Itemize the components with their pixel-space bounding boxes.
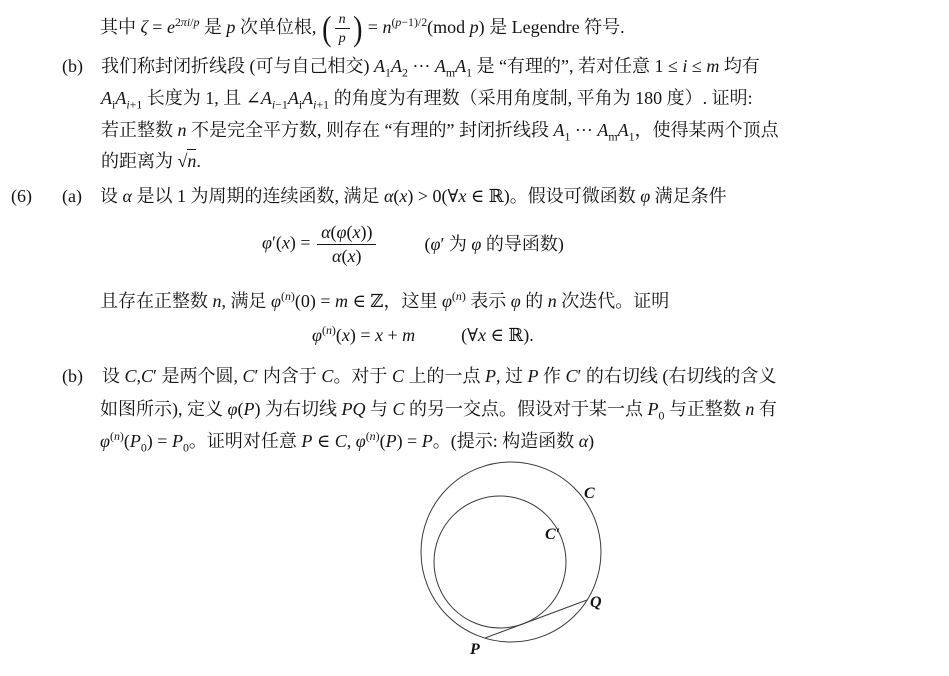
item-6a-intro-line: 设 α 是以 1 为周期的连续函数, 满足 α(x) > 0(∀x ∈ ℝ)。假… bbox=[100, 185, 727, 207]
legendre-intro-line: 其中 ζ = e2πi/p 是 p 次单位根, (np) = n(p−1)/2(… bbox=[100, 11, 625, 46]
item-6b-line-2: 如图所示), 定义 φ(P) 为右切线 PQ 与 C 的另一交点。假设对于某一点… bbox=[100, 398, 777, 420]
item-b1-line-3: 若正整数 n 不是完全平方数, 则存在 “有理的” 封闭折线段 A1 ··· A… bbox=[101, 119, 779, 141]
formula-iteration-equation: φ(n)(x) = x + m bbox=[312, 324, 415, 346]
item-6-label: (6) bbox=[11, 185, 32, 207]
outer-circle bbox=[421, 462, 601, 642]
legendre-symbol: (np) bbox=[321, 11, 363, 46]
formula-iteration: φ(n)(x) = x + m (∀x ∈ ℝ). bbox=[312, 324, 534, 346]
item-b1-line-2: AiAi+1 长度为 1, 且 ∠Ai−1AiAi+1 的角度为有理数（采用角度… bbox=[101, 87, 753, 109]
inner-circle-label: C′ bbox=[545, 526, 560, 543]
two-circles-figure: C C′ Q P bbox=[395, 450, 655, 676]
point-p-label: P bbox=[469, 641, 480, 658]
document-page: { "colors": { "background": "#ffffff", "… bbox=[0, 0, 949, 676]
item-b1-line-1: 我们称封闭折线段 (可与自己相交) A1A2 ··· AmA1 是 “有理的”,… bbox=[101, 55, 760, 77]
item-b1-line-4: 的距离为 √n. bbox=[101, 150, 201, 172]
point-q-label: Q bbox=[590, 594, 602, 611]
item-b1-label: (b) bbox=[62, 55, 83, 77]
item-6b-line-1: 设 C,C′ 是两个圆, C′ 内含于 C。对于 C 上的一点 P, 过 P 作… bbox=[102, 365, 776, 387]
inner-circle bbox=[434, 496, 566, 628]
formula-derivative-note: (φ′ 为 φ 的导函数) bbox=[424, 233, 563, 255]
item-6a-label: (a) bbox=[62, 185, 82, 207]
formula-iteration-domain: (∀x ∈ ℝ). bbox=[461, 324, 534, 346]
item-6b-label: (b) bbox=[62, 365, 83, 387]
formula-derivative-equation: φ′(x) = α(φ(x))α(x) bbox=[262, 222, 378, 266]
item-6a-mid-line: 且存在正整数 n, 满足 φ(n)(0) = m ∈ ℤ，这里 φ(n) 表示 … bbox=[100, 290, 669, 312]
formula-derivative: φ′(x) = α(φ(x))α(x) (φ′ 为 φ 的导函数) bbox=[262, 222, 564, 266]
item-6b-line-3: φ(n)(P0) = P0。证明对任意 P ∈ C, φ(n)(P) = P。(… bbox=[100, 430, 594, 452]
outer-circle-label: C bbox=[584, 485, 595, 502]
